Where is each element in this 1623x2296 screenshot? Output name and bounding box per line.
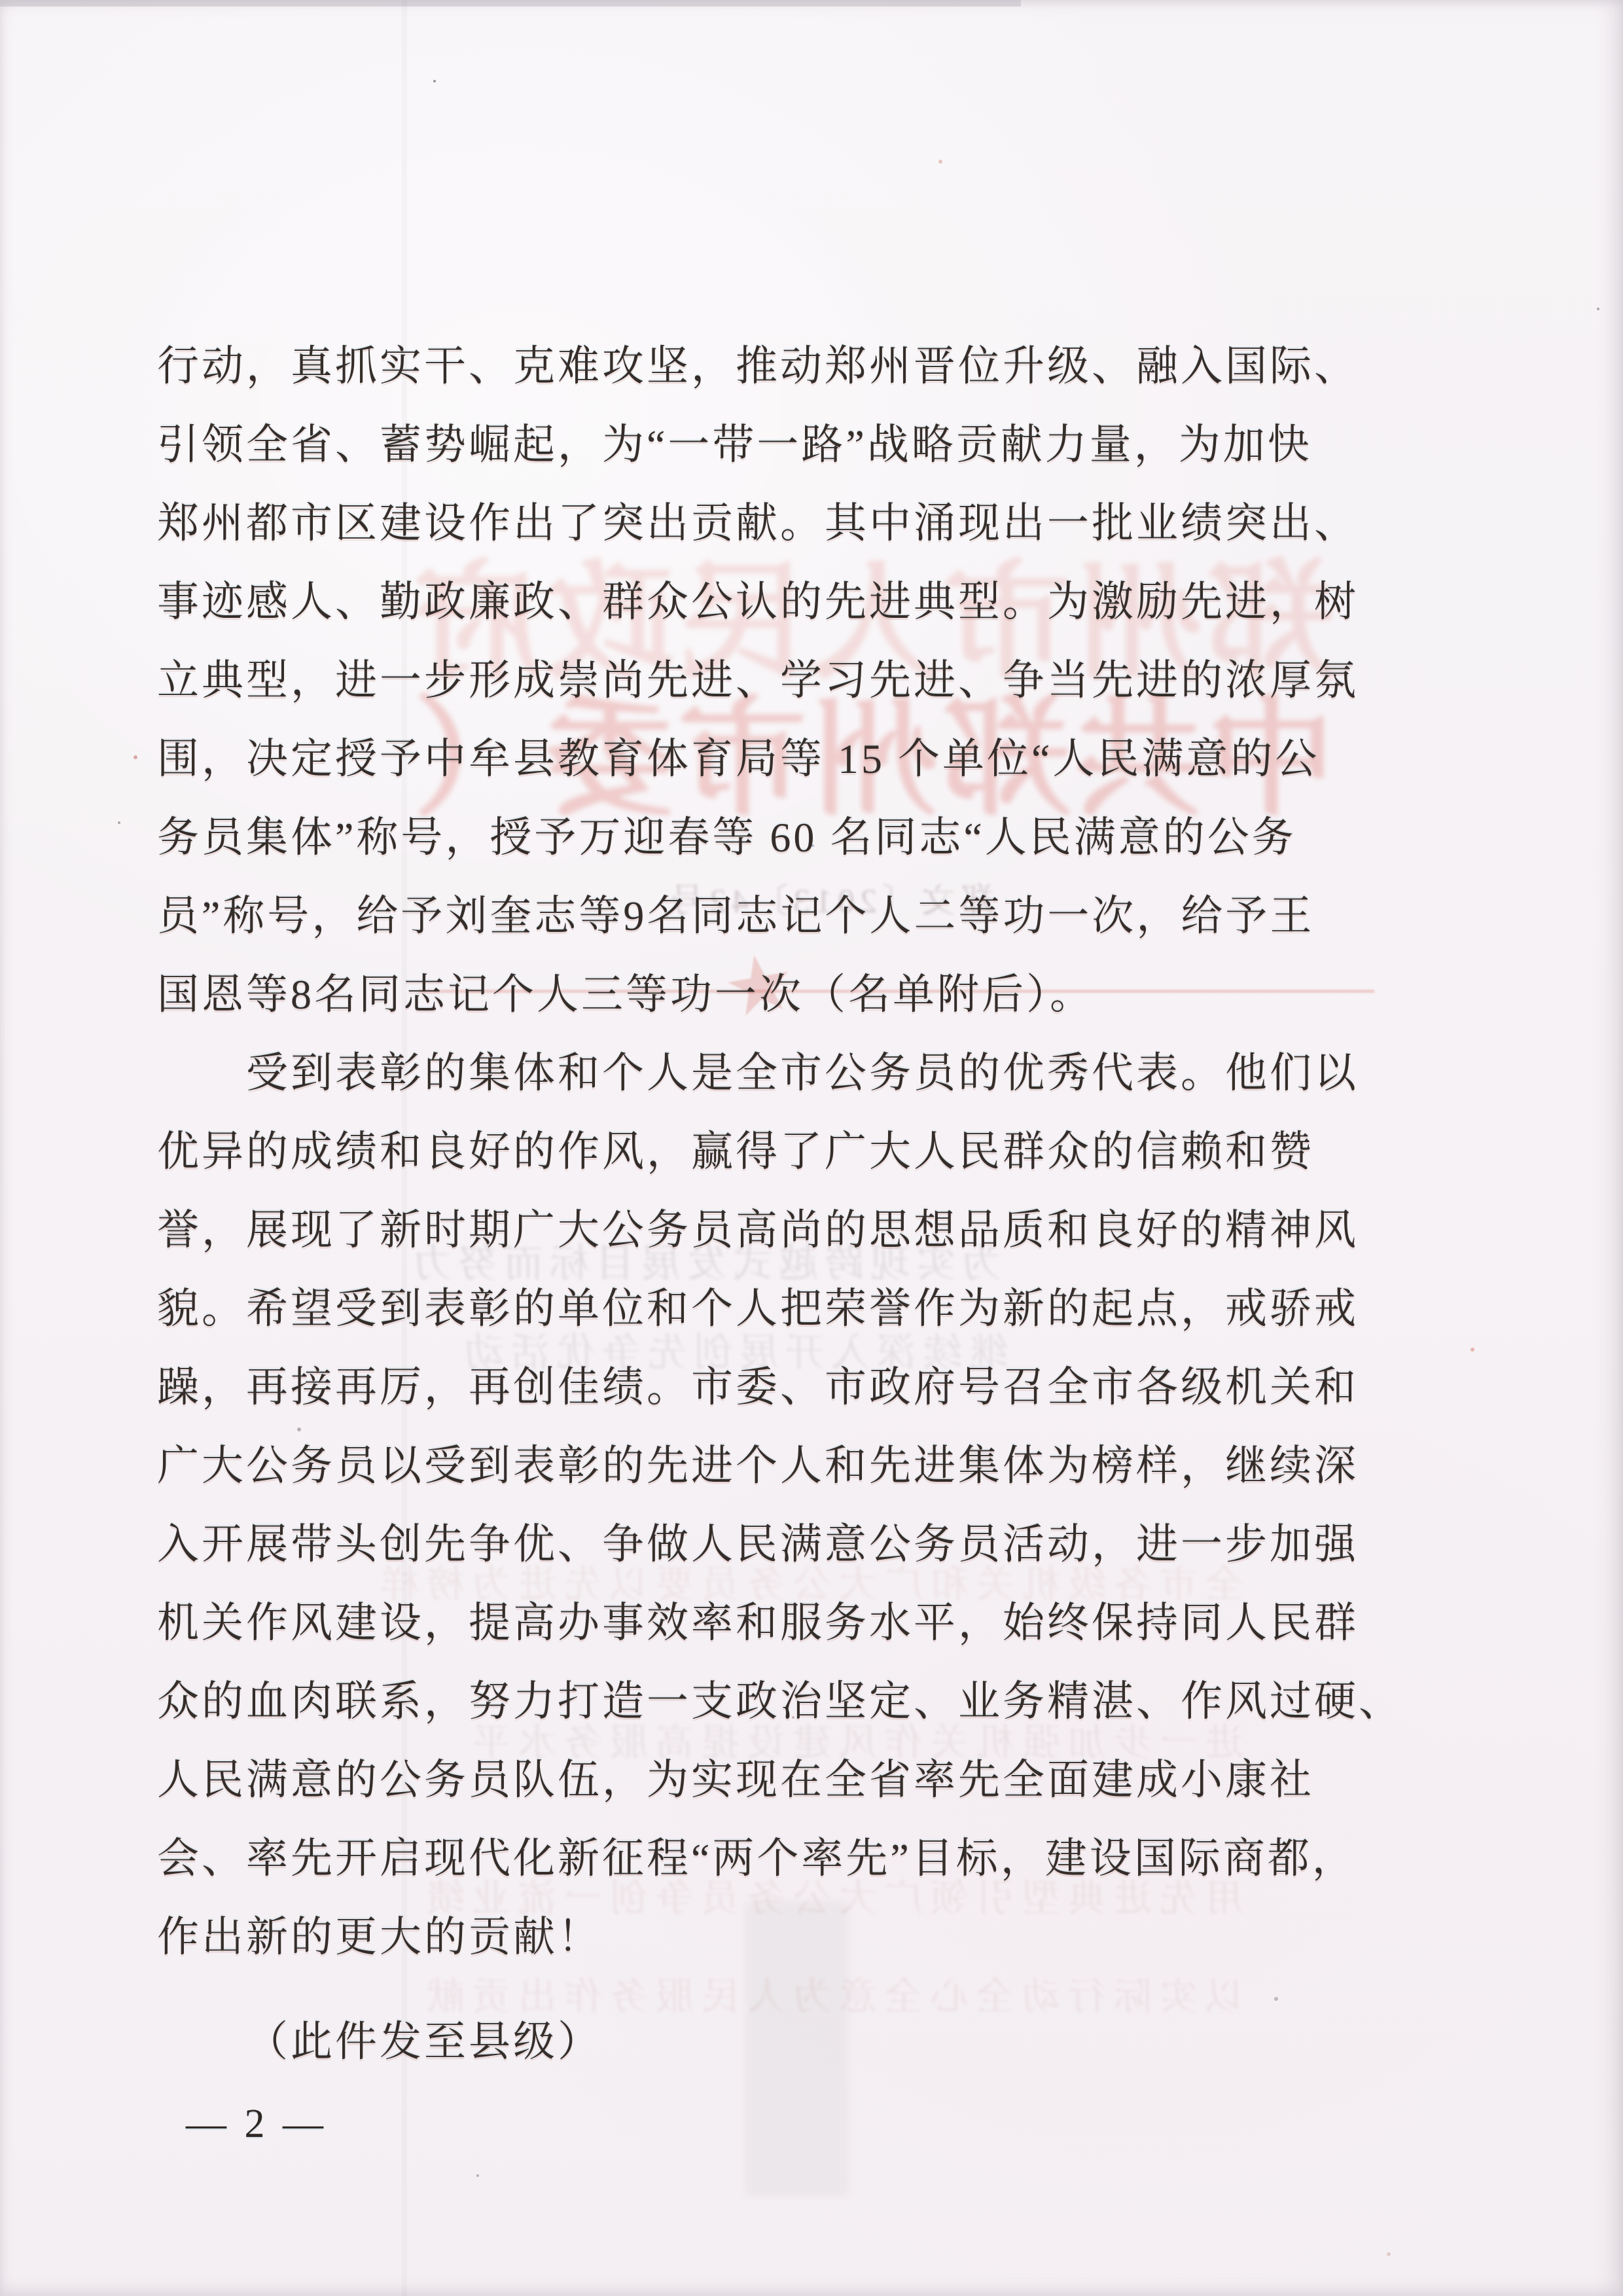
body-line: 作出新的更大的贡献！ [157, 1898, 602, 1977]
dust-specks [433, 80, 436, 82]
body-line: 郑州都市区建设作出了突出贡献。其中涌现出一批业绩突出、 [157, 484, 1359, 563]
body-line: 誉，展现了新时期广大公务员高尚的思想品质和良好的精神风 [157, 1191, 1359, 1270]
body-line: 貌。希望受到表彰的单位和个人把荣誉作为新的起点，戒骄戒 [157, 1270, 1359, 1348]
body-line: 会、率先开启现代化新征程“两个率先”目标，建设国际商都， [157, 1820, 1357, 1898]
scanner-edge-shadow [0, 0, 1021, 7]
body-line: 引领全省、蓄势崛起，为“一带一路”战略贡献力量，为加快 [157, 406, 1312, 484]
body-line: 员”称号，给予刘奎志等9名同志记个人二等功一次，给予王 [157, 877, 1314, 956]
body-line: 事迹感人、勤政廉政、群众公认的先进典型。为激励先进，树 [157, 563, 1359, 641]
body-line: 众的血肉联系，努力打造一支政治坚定、业务精湛、作风过硬、 [157, 1662, 1403, 1741]
body-line: 国恩等8名同志记个人三等功一次（名单附后）。 [157, 956, 1094, 1034]
body-line: 立典型，进一步形成崇尚先进、学习先进、争当先进的浓厚氛 [157, 641, 1359, 720]
body-line: 躁，再接再厉，再创佳绩。市委、市政府号召全市各级机关和 [157, 1348, 1359, 1427]
body-line: 行动，真抓实干、克难攻坚，推动郑州晋位升级、融入国际、 [157, 327, 1359, 406]
page-number: — 2 — [186, 2086, 327, 2162]
body-line: 入开展带头创先争优、争做人民满意公务员活动，进一步加强 [157, 1505, 1359, 1584]
body-line: 优异的成绩和良好的作风，赢得了广大人民群众的信赖和赞 [157, 1113, 1314, 1191]
body-line: 广大公务员以受到表彰的先进个人和先进集体为榜样，继续深 [157, 1427, 1359, 1505]
document-page: 郑州市人民政府 中共郑州市委（ 郑文〔2013〕42号 ★ 为实现跨越式发展目标… [0, 0, 1623, 2296]
body-line: 务员集体”称号，授予万迎春等 60 名同志“人民满意的公务 [157, 798, 1296, 877]
body-line: 人民满意的公务员队伍，为实现在全省率先全面建成小康社 [157, 1741, 1314, 1820]
distribution-note: （此件发至县级） [246, 2003, 602, 2081]
scanner-gray-band [746, 1901, 847, 2196]
body-line-paragraph-start: 受到表彰的集体和个人是全市公务员的优秀代表。他们以 [246, 1034, 1359, 1113]
body-line: 机关作风建设，提高办事效率和服务水平，始终保持同人民群 [157, 1584, 1359, 1662]
body-line: 围，决定授予中牟县教育体育局等 15 个单位“人民满意的公 [157, 720, 1319, 798]
